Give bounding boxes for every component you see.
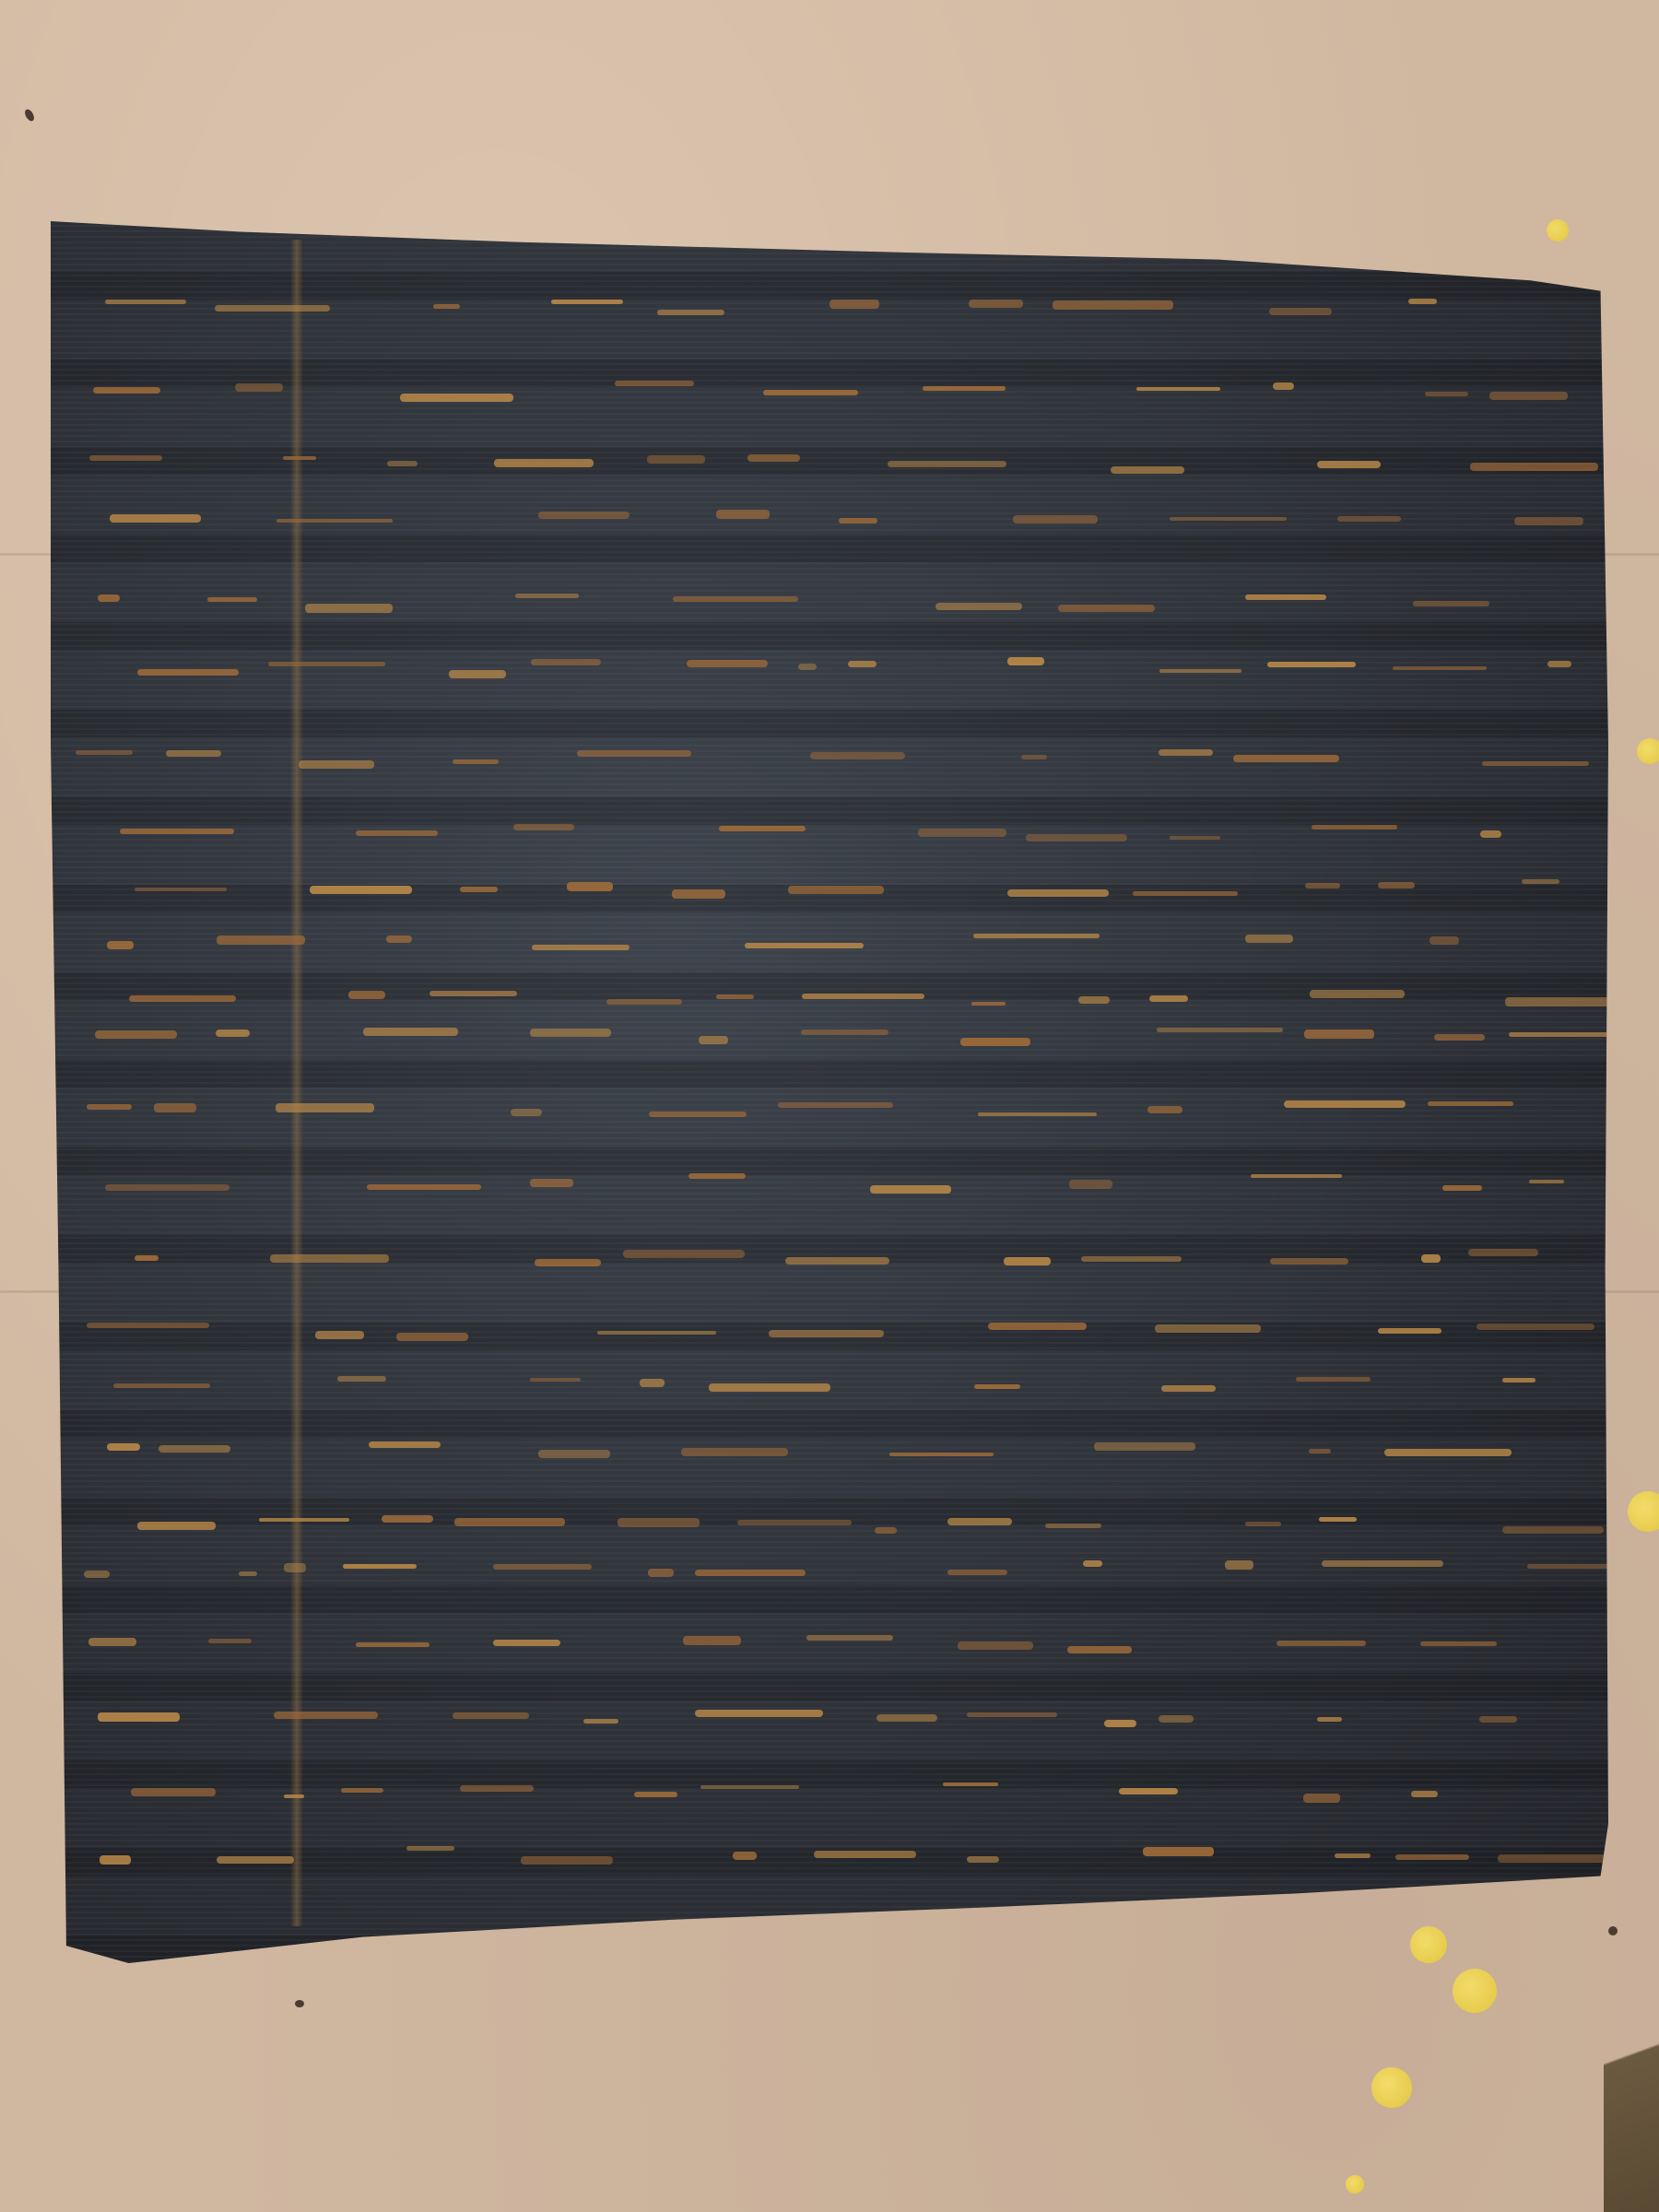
residue-streak <box>967 1856 999 1863</box>
residue-streak <box>978 1112 1097 1116</box>
residue-streak <box>535 1259 600 1265</box>
residue-streak <box>839 518 877 523</box>
residue-streak <box>530 1378 580 1382</box>
residue-streak <box>648 1569 674 1576</box>
residue-streak <box>493 1640 560 1645</box>
residue-streak <box>733 1852 757 1860</box>
residue-streak <box>386 935 412 943</box>
residue-streak <box>695 1710 823 1717</box>
yellow-paint-spot <box>1637 738 1659 764</box>
debris-fleck <box>23 108 36 123</box>
residue-streak <box>1411 1791 1437 1797</box>
residue-streak <box>284 1794 304 1798</box>
yellow-paint-spot <box>1547 219 1569 241</box>
residue-streak <box>649 1112 747 1117</box>
residue-streak <box>958 1641 1034 1650</box>
residue-streak <box>973 934 1100 938</box>
residue-streak <box>217 1856 294 1864</box>
residue-streak <box>606 999 682 1005</box>
residue-streak <box>493 1564 593 1570</box>
residue-streak <box>1157 1028 1283 1032</box>
residue-streak <box>239 1571 257 1576</box>
residue-streak <box>1529 1180 1564 1183</box>
residue-streak <box>1007 889 1109 897</box>
residue-streak <box>988 1323 1088 1331</box>
residue-streak <box>597 1331 716 1335</box>
residue-streak <box>137 1522 216 1531</box>
residue-streak <box>1420 1641 1497 1646</box>
residue-streak <box>154 1103 196 1112</box>
residue-streak <box>268 662 385 666</box>
residue-streak <box>107 1443 140 1452</box>
residue-streak <box>1502 1378 1535 1382</box>
residue-streak <box>449 670 506 678</box>
residue-streak <box>1067 1646 1132 1653</box>
residue-streak <box>159 1445 230 1452</box>
residue-streak <box>1273 382 1294 390</box>
residue-streak <box>1310 990 1405 997</box>
residue-streak <box>848 661 877 667</box>
residue-streak <box>107 941 134 949</box>
residue-streak <box>687 660 768 667</box>
residue-streak <box>806 1635 893 1641</box>
residue-streak <box>967 1712 1056 1717</box>
residue-streak <box>943 1783 997 1786</box>
residue-streak <box>1434 1034 1485 1041</box>
residue-streak <box>798 664 817 670</box>
residue-streak <box>1384 1449 1512 1456</box>
residue-streak <box>634 1792 678 1797</box>
residue-streak <box>1155 1324 1261 1333</box>
residue-streak <box>276 1103 374 1112</box>
residue-streak <box>1251 1174 1342 1178</box>
residue-streak <box>971 1002 1006 1006</box>
residue-streak <box>100 1855 131 1864</box>
residue-streak <box>918 829 1006 837</box>
residue-streak <box>1322 1560 1443 1567</box>
residue-streak <box>1378 882 1415 888</box>
residue-streak <box>208 1639 252 1643</box>
mat-seam <box>290 240 303 1926</box>
residue-streak <box>1337 516 1400 522</box>
residue-streak <box>135 888 227 891</box>
residue-streak <box>513 824 574 830</box>
weathered-mat <box>51 221 1608 1963</box>
residue-streak <box>615 381 695 386</box>
residue-streak <box>87 1104 133 1110</box>
residue-streak <box>460 1785 534 1792</box>
residue-streak <box>810 752 905 759</box>
residue-streak <box>137 669 239 676</box>
residue-streak <box>89 455 162 461</box>
residue-streak <box>1514 517 1583 525</box>
residue-streak <box>113 1383 210 1387</box>
residue-streak <box>1104 1720 1136 1727</box>
residue-streak <box>1425 392 1469 396</box>
residue-streak <box>695 1570 806 1577</box>
residue-streak <box>688 1173 746 1179</box>
residue-streak <box>521 1856 613 1865</box>
residue-streak <box>530 1179 573 1187</box>
residue-streak <box>207 597 256 602</box>
residue-streak <box>647 455 705 464</box>
residue-streak <box>1233 755 1338 762</box>
residue-streak <box>623 1250 745 1258</box>
wood-surface-edge <box>1604 1972 1659 2212</box>
residue-streak <box>348 991 384 999</box>
residue-streak <box>947 1570 1007 1576</box>
residue-streak <box>1083 1560 1103 1567</box>
residue-streak <box>1408 299 1437 304</box>
residue-streak <box>511 1109 542 1116</box>
residue-streak <box>1021 755 1047 760</box>
residue-streak <box>567 882 613 891</box>
residue-streak <box>699 1036 728 1045</box>
residue-streak <box>215 305 330 311</box>
residue-streak <box>367 1184 482 1190</box>
residue-streak <box>1133 891 1238 896</box>
residue-streak <box>131 1788 216 1796</box>
residue-streak <box>875 1527 897 1534</box>
residue-streak <box>120 829 234 834</box>
residue-streak <box>235 383 283 391</box>
residue-streak <box>382 1515 433 1523</box>
residue-streak <box>1081 1256 1182 1261</box>
residue-streak <box>283 456 316 460</box>
residue-streak <box>110 514 200 523</box>
residue-streak <box>1147 1106 1182 1113</box>
residue-streak <box>1421 1254 1441 1263</box>
residue-streak <box>1225 1560 1253 1570</box>
residue-streak <box>93 387 160 394</box>
residue-streak <box>1277 1641 1366 1646</box>
residue-streak <box>1245 935 1293 943</box>
residue-streak <box>829 300 879 309</box>
residue-streak <box>88 1638 137 1646</box>
residue-streak <box>1269 308 1332 315</box>
residue-streak <box>778 1102 893 1108</box>
residue-streak <box>1430 936 1459 945</box>
residue-streak <box>1502 1526 1604 1534</box>
residue-streak <box>356 1642 429 1647</box>
residue-streak <box>1170 517 1287 522</box>
residue-streak <box>1245 594 1326 600</box>
residue-streak <box>1245 1522 1281 1526</box>
residue-streak <box>877 1714 936 1722</box>
residue-streak <box>87 1323 209 1328</box>
residue-streak <box>1395 1854 1469 1860</box>
residue-streak <box>1509 1032 1612 1037</box>
residue-streak <box>1442 1185 1482 1190</box>
residue-streak <box>814 1851 916 1858</box>
residue-streak <box>551 300 623 303</box>
residue-streak <box>343 1564 417 1569</box>
residue-streak <box>1053 300 1173 309</box>
residue-streak <box>1170 836 1220 840</box>
residue-streak <box>716 510 770 519</box>
residue-streak <box>747 454 799 462</box>
residue-streak <box>1026 834 1127 841</box>
residue-streak <box>217 935 305 944</box>
residue-streak <box>960 1038 1030 1045</box>
residue-streak <box>657 310 724 314</box>
residue-streak <box>870 1185 952 1194</box>
residue-streak <box>453 1712 528 1719</box>
residue-streak <box>1489 392 1567 400</box>
residue-streak <box>274 1712 378 1719</box>
residue-streak <box>769 1330 885 1337</box>
residue-streak <box>1267 662 1356 667</box>
residue-streak <box>538 1450 610 1458</box>
residue-streak <box>700 1785 800 1790</box>
residue-streak <box>1078 996 1110 1004</box>
residue-streak <box>1058 605 1155 612</box>
residue-streak <box>429 991 516 996</box>
residue-streak <box>387 461 418 466</box>
residue-streak <box>433 304 460 309</box>
debris-fleck <box>1608 1926 1618 1935</box>
residue-streak <box>1143 1847 1214 1855</box>
residue-streak <box>785 1257 888 1265</box>
residue-streak <box>801 1030 888 1036</box>
residue-streak <box>98 594 120 602</box>
residue-streak <box>363 1028 458 1036</box>
residue-streak <box>84 1571 111 1578</box>
residue-streak <box>299 760 374 768</box>
residue-streak <box>1335 1853 1371 1857</box>
residue-streak <box>1296 1377 1371 1382</box>
residue-streak <box>802 994 924 999</box>
cardboard-background <box>0 0 1659 2212</box>
residue-streak <box>305 604 393 613</box>
residue-streak <box>284 1563 306 1571</box>
residue-streak <box>577 750 691 757</box>
residue-streak <box>341 1788 382 1793</box>
residue-streak <box>640 1379 665 1387</box>
residue-streak <box>1284 1100 1406 1108</box>
residue-streak <box>1312 825 1397 830</box>
residue-streak <box>1505 997 1630 1006</box>
yellow-paint-spot <box>1628 1491 1659 1532</box>
yellow-paint-spot <box>1453 1969 1497 2013</box>
residue-streak <box>923 386 1006 391</box>
residue-streak <box>709 1383 830 1392</box>
residue-streak <box>716 994 755 1000</box>
residue-streak <box>216 1030 250 1037</box>
residue-streak <box>95 1030 178 1039</box>
residue-streak <box>969 300 1024 308</box>
residue-streak <box>538 512 629 519</box>
residue-streak <box>1378 1328 1441 1334</box>
residue-streak <box>453 759 499 765</box>
residue-streak <box>310 886 412 894</box>
residue-streak <box>259 1518 349 1523</box>
residue-streak <box>1480 830 1502 838</box>
residue-streak <box>1007 657 1044 665</box>
residue-streak <box>396 1333 468 1342</box>
yellow-paint-spot <box>1410 1926 1447 1963</box>
residue-streak <box>1304 1030 1374 1039</box>
residue-streak <box>1159 669 1241 673</box>
residue-streak <box>1477 1324 1594 1330</box>
residue-streak <box>105 300 185 304</box>
residue-streak <box>672 889 725 899</box>
debris-fleck <box>295 2000 304 2007</box>
residue-streak <box>947 1518 1012 1525</box>
yellow-paint-spot <box>1371 2067 1412 2108</box>
residue-streak <box>531 659 601 665</box>
residue-streak <box>1522 879 1559 884</box>
residue-streak <box>1319 1517 1357 1523</box>
residue-streak <box>1547 661 1572 667</box>
residue-streak <box>1159 1715 1194 1723</box>
residue-streak <box>1428 1101 1513 1107</box>
residue-streak <box>454 1518 565 1526</box>
residue-streak <box>1270 1258 1349 1265</box>
residue-streak <box>276 519 393 523</box>
residue-streak <box>719 826 806 830</box>
residue-streak <box>683 1636 742 1645</box>
residue-streak <box>583 1719 618 1724</box>
residue-streak <box>618 1518 700 1526</box>
residue-streak <box>788 886 884 894</box>
residue-streak <box>1413 601 1489 606</box>
residue-streak <box>1161 1385 1217 1392</box>
residue-streak <box>1527 1564 1643 1568</box>
residue-streak <box>1482 761 1589 766</box>
residue-streak <box>98 1712 179 1722</box>
residue-streak <box>1470 463 1598 471</box>
residue-streak <box>1159 749 1212 756</box>
residue-streak <box>1303 1794 1340 1803</box>
residue-streak <box>400 394 513 403</box>
residue-streak <box>530 1029 611 1037</box>
residue-streak <box>1309 1449 1331 1453</box>
residue-streak <box>369 1441 441 1448</box>
residue-streak <box>889 1453 994 1457</box>
residue-streak <box>337 1376 387 1382</box>
residue-streak <box>1498 1854 1607 1864</box>
residue-streak <box>1119 1788 1178 1794</box>
residue-streak <box>1111 466 1184 474</box>
residue-streak <box>1013 515 1098 524</box>
residue-streak <box>1149 995 1188 1001</box>
residue-streak <box>1393 666 1487 670</box>
residue-streak <box>460 887 498 892</box>
residue-streak <box>406 1846 454 1851</box>
residue-streak <box>515 594 579 598</box>
residue-streak <box>1045 1524 1102 1527</box>
residue-streak <box>135 1255 159 1260</box>
residue-streak <box>737 1520 852 1525</box>
residue-streak <box>745 943 864 948</box>
residue-streak <box>494 459 594 468</box>
residue-streak <box>763 390 857 395</box>
residue-streak <box>1317 1717 1342 1722</box>
residue-streak <box>1094 1442 1194 1450</box>
residue-streak <box>1479 1716 1517 1724</box>
residue-streak <box>673 596 798 602</box>
residue-streak <box>76 750 133 755</box>
residue-streak <box>532 945 629 950</box>
yellow-paint-spot <box>1346 2175 1364 2194</box>
residue-streak <box>681 1448 788 1456</box>
residue-streak <box>1004 1257 1051 1265</box>
residue-streak <box>270 1254 389 1263</box>
residue-streak <box>1317 461 1382 468</box>
residue-streak <box>315 1331 364 1339</box>
residue-streak <box>888 461 1006 467</box>
residue-streak <box>105 1184 229 1191</box>
residue-streak <box>1136 387 1219 392</box>
residue-streak <box>129 995 236 1002</box>
residue-streak <box>356 830 438 836</box>
residue-streak <box>1305 883 1340 888</box>
residue-streak <box>974 1384 1020 1389</box>
residue-streak <box>166 750 220 756</box>
residue-streak <box>1069 1180 1113 1189</box>
residue-streak <box>935 603 1022 610</box>
residue-streak <box>1468 1249 1538 1256</box>
